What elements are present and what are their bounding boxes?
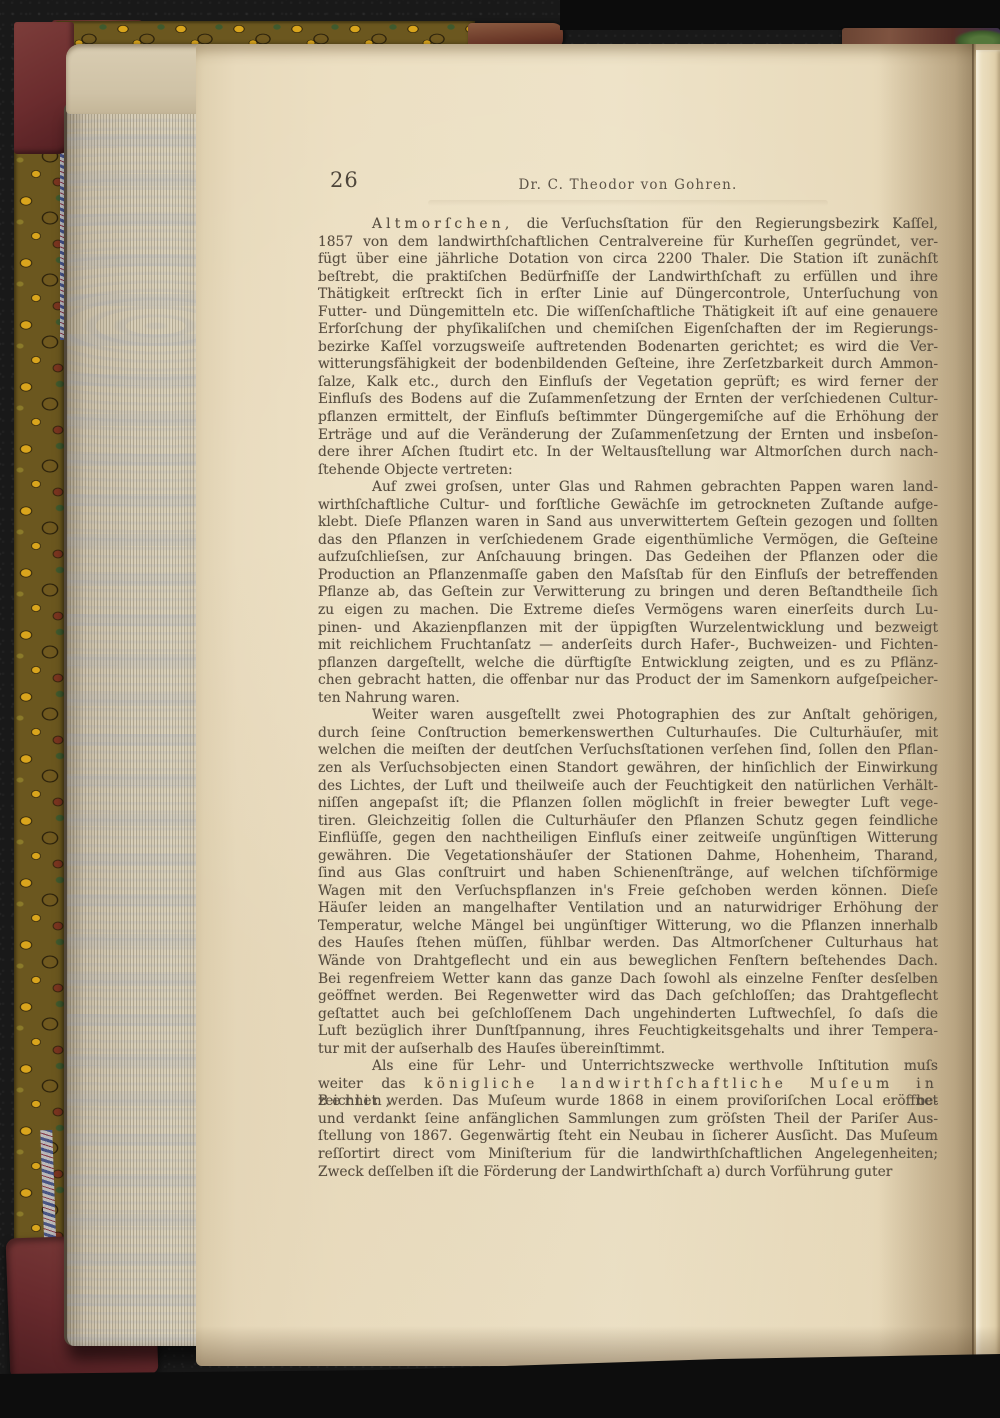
page-head: 26 Dr. C. Theodor von Gohren. bbox=[318, 168, 938, 208]
cover-left-marbled bbox=[14, 130, 66, 1250]
text-line: geöffnet werden. Bei Regenwetter wird da… bbox=[318, 988, 938, 1006]
text-line: zen als Verſuchsobjecten einen Standort … bbox=[318, 760, 938, 778]
text-line: beſtrebt, die praktiſchen Bedürfniſſe de… bbox=[318, 269, 938, 287]
text-line: und verdankt ſeine anfänglichen Sammlung… bbox=[318, 1111, 938, 1129]
text-line: Wände von Drahtgeflecht und ein aus bewe… bbox=[318, 953, 938, 971]
scanner-shadow-top-right bbox=[560, 0, 1000, 30]
book-page: 26 Dr. C. Theodor von Gohren. Altmorſche… bbox=[196, 44, 1000, 1366]
text-line: Häuſer leiden an mangelhafter Ventilatio… bbox=[318, 900, 938, 918]
text-line: des Hauſes ſtehen müſſen, fühlbar werden… bbox=[318, 935, 938, 953]
text-line: zeichnet werden. Das Muſeum wurde 1868 i… bbox=[318, 1093, 938, 1111]
text-line: chen gebracht hatten, die offenbar nur d… bbox=[318, 672, 938, 690]
text-line: Wagen mit den Verſuchspflanzen in's Frei… bbox=[318, 883, 938, 901]
text-line: Altmorſchen, die Verſuchsſtation für den… bbox=[318, 216, 938, 234]
text-line: Production an Pflanzenmaſſe gaben den Ma… bbox=[318, 567, 938, 585]
text-line: gewähren. Die Vegetationshäuſer der Stat… bbox=[318, 848, 938, 866]
text-line: dere ihrer Aſchen ſtudirt etc. In der We… bbox=[318, 444, 938, 462]
text-line: mit reichlichem Fruchtanſatz — anderſeit… bbox=[318, 637, 938, 655]
text-line: zu eigen zu machen. Die Extreme dieſes V… bbox=[318, 602, 938, 620]
text-line: klebt. Dieſe Pflanzen waren in Sand aus … bbox=[318, 514, 938, 532]
text-line: weiter das königliche landwirthſchaftlic… bbox=[318, 1076, 938, 1094]
text-line: ſind aus Glas conſtruirt und haben Schie… bbox=[318, 865, 938, 883]
text-line: geſtattet auch bei geſchloſſenem Dach un… bbox=[318, 1006, 938, 1024]
text-line: fügt über eine jährliche Dotation von ci… bbox=[318, 251, 938, 269]
scanner-background: 26 Dr. C. Theodor von Gohren. Altmorſche… bbox=[0, 0, 1000, 1418]
letterspaced-text: Altmorſchen, bbox=[372, 216, 513, 232]
paragraph: Auf zwei groſsen, unter Glas und Rahmen … bbox=[318, 479, 938, 707]
text-line: Einflüſſe, gegen den nachtheiligen Einfl… bbox=[318, 830, 938, 848]
text-line: Temperatur, welche Mängel bei ungünſtige… bbox=[318, 918, 938, 936]
text-line: ſalze, Kalk etc., durch den Einfluſs der… bbox=[318, 374, 938, 392]
text-line: witterungsfähigkeit der bodenbildenden G… bbox=[318, 356, 938, 374]
text-line: ſtehende Objecte vertreten: bbox=[318, 462, 938, 480]
text-line: 1857 von dem landwirthſchaftlichen Centr… bbox=[318, 234, 938, 252]
text-line: pflanzen dargeſtellt, welche die dürftig… bbox=[318, 655, 938, 673]
text-line: aufzuſchlieſsen, zur Anſchauung bringen.… bbox=[318, 549, 938, 567]
text-line: reſſortirt direct vom Miniſterium für di… bbox=[318, 1146, 938, 1164]
text-line: Als eine für Lehr- und Unterrichtszwecke… bbox=[318, 1058, 938, 1076]
text-line: welchen die meiſten der deutſchen Verſuc… bbox=[318, 742, 938, 760]
text-line: Zweck deſſelben iſt die Förderung der La… bbox=[318, 1164, 938, 1182]
paragraph: Als eine für Lehr- und Unterrichtszwecke… bbox=[318, 1058, 938, 1181]
text-line: Erforſchung der phyſikaliſchen und chemi… bbox=[318, 321, 938, 339]
text-line: Auf zwei groſsen, unter Glas und Rahmen … bbox=[318, 479, 938, 497]
text-line: bezirke Kaſſel vorzugsweiſe auftretenden… bbox=[318, 339, 938, 357]
text-block: Altmorſchen, die Verſuchsſtation für den… bbox=[318, 216, 938, 1181]
running-header: Dr. C. Theodor von Gohren. bbox=[318, 177, 938, 193]
page-edge-stack bbox=[64, 102, 215, 1346]
text-line: ten Nahrung waren. bbox=[318, 690, 938, 708]
text-line: tiren. Gleichzeitig ſollen die Culturhäu… bbox=[318, 813, 938, 831]
text-line: Pflanze ab, das Geſtein zur Verwitterung… bbox=[318, 584, 938, 602]
text-line: des Lichtes, der Luft und theilweiſe auc… bbox=[318, 778, 938, 796]
header-ghost-rule bbox=[428, 200, 828, 206]
text-line: niſſen angepaſst iſt; die Pflanzen ſolle… bbox=[318, 795, 938, 813]
text-line: Thätigkeit erſtreckt ſich in erſter Lini… bbox=[318, 286, 938, 304]
text-line: Einfluſs des Bodens auf die Zuſammenſetz… bbox=[318, 391, 938, 409]
paragraph: Altmorſchen, die Verſuchsſtation für den… bbox=[318, 216, 938, 479]
text-line: tur mit der auſserhalb des Hauſes überei… bbox=[318, 1041, 938, 1059]
text-line: Erträge und auf die Veränderung der Zuſa… bbox=[318, 427, 938, 445]
next-page-sliver bbox=[976, 50, 1000, 1366]
text-line: das den Pflanzen in verſchiedenem Grade … bbox=[318, 532, 938, 550]
text-line: Weiter waren ausgeſtellt zwei Photograph… bbox=[318, 707, 938, 725]
text-line: Luft bezüglich ihrer Dunſtſpannung, ihre… bbox=[318, 1023, 938, 1041]
text-line: pinen- und Akazienpflanzen mit der üppig… bbox=[318, 620, 938, 638]
page-content: 26 Dr. C. Theodor von Gohren. Altmorſche… bbox=[318, 44, 938, 1366]
text-line: pflanzen ermittelt, der Einfluſs beſtimm… bbox=[318, 409, 938, 427]
text-line: durch ſeine Conſtruction bemerkenswerthe… bbox=[318, 725, 938, 743]
text-line: wirthſchaftliche Cultur- und forſtliche … bbox=[318, 497, 938, 515]
text-line: ſtellung von 1867. Gegenwärtig ſteht ein… bbox=[318, 1128, 938, 1146]
text-line: Futter- und Düngemitteln etc. Die wiſſen… bbox=[318, 304, 938, 322]
paragraph: Weiter waren ausgeſtellt zwei Photograph… bbox=[318, 707, 938, 1058]
text-line: Bei regenfreiem Wetter kann das ganze Da… bbox=[318, 971, 938, 989]
